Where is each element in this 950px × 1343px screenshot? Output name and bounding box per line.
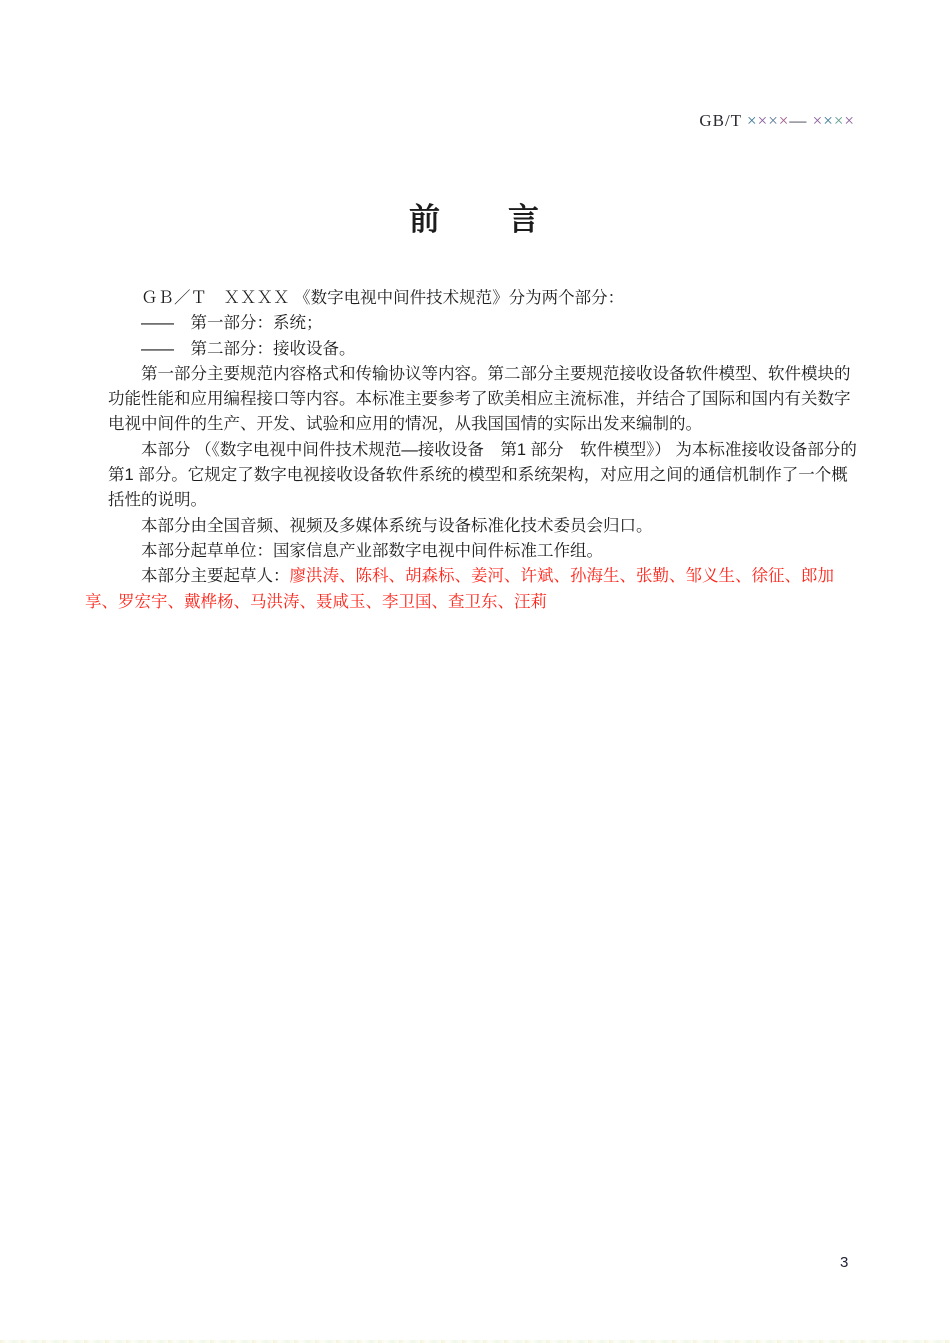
text-line: 电视中间件的生产、开发、试验和应用的情况，从我国国情的实际出发来编制的。 (108, 412, 855, 437)
text-line: 第1 部分。它规定了数字电视接收设备软件系统的模型和系统架构，对应用之间的通信机… (108, 463, 855, 488)
standard-code-part: GB/T (699, 111, 747, 130)
text-segment: 电视中间件的生产、开发、试验和应用的情况，从我国国情的实际出发来编制的。 (108, 415, 702, 433)
text-line: 本部分 （《数字电视中间件技术规范—接收设备 第1 部分 软件模型》） 为本标准… (141, 438, 855, 463)
text-line: 括性的说明。 (108, 488, 855, 513)
text-segment: —— 第二部分：接收设备。 (141, 340, 356, 358)
text-line: —— 第二部分：接收设备。 (141, 337, 855, 362)
standard-code-part: × (768, 111, 779, 130)
text-segment: 本部分由全国音频、视频及多媒体系统与设备标准化技术委员会归口。 (141, 517, 653, 535)
page-title: 前 言 (0, 194, 950, 239)
drafter-names-text: 廖洪涛、陈科、胡森标、姜河、许斌、孙海生、张勤、邹义生、徐征、郎加 (290, 567, 835, 585)
standard-code-part: × (813, 111, 824, 130)
standard-code-part: × (747, 111, 758, 130)
standard-code-part: × (779, 111, 790, 130)
standard-code-part: × (844, 111, 855, 130)
standard-code-header: GB/T ××××— ×××× (699, 111, 855, 131)
text-segment: 功能性能和应用编程接口等内容。本标准主要参考了欧美相应主流标准，并结合了国际和国… (108, 390, 851, 408)
text-line: ＧＢ／Ｔ ＸＸＸＸ 《数字电视中间件技术规范》分为两个部分： (141, 286, 855, 311)
text-line: 本部分由全国音频、视频及多媒体系统与设备标准化技术委员会归口。 (141, 514, 855, 539)
text-segment: 括性的说明。 (108, 491, 207, 509)
text-segment: 本部分起草单位：国家信息产业部数字电视中间件标准工作组。 (141, 542, 603, 560)
text-segment: —— 第一部分：系统； (141, 314, 323, 332)
text-line: 本部分起草单位：国家信息产业部数字电视中间件标准工作组。 (141, 539, 855, 564)
text-line: 本部分主要起草人：廖洪涛、陈科、胡森标、姜河、许斌、孙海生、张勤、邹义生、徐征、… (141, 564, 855, 589)
text-segment: 第1 部分。它规定了数字电视接收设备软件系统的模型和系统架构，对应用之间的通信机… (108, 466, 848, 484)
text-segment: 本部分 （《数字电视中间件技术规范—接收设备 第1 部分 软件模型》） 为本标准… (141, 441, 857, 459)
standard-code-part: × (823, 111, 834, 130)
text-line: 功能性能和应用编程接口等内容。本标准主要参考了欧美相应主流标准，并结合了国际和国… (108, 387, 855, 412)
standard-code-part: × (758, 111, 769, 130)
text-segment: 本部分主要起草人： (141, 567, 290, 585)
document-body: ＧＢ／Ｔ ＸＸＸＸ 《数字电视中间件技术规范》分为两个部分：—— 第一部分：系统… (108, 286, 855, 615)
standard-code-part: × (834, 111, 845, 130)
text-line: 享、罗宏宇、戴桦杨、马洪涛、聂咸玉、李卫国、查卫东、汪莉 (85, 590, 855, 615)
text-segment: ＧＢ／Ｔ ＸＸＸＸ 《数字电视中间件技术规范》分为两个部分： (141, 289, 624, 307)
text-segment: 第一部分主要规范内容格式和传输协议等内容。第二部分主要规范接收设备软件模型、软件… (141, 365, 851, 383)
page-number: 3 (840, 1254, 848, 1271)
standard-code-part: — (789, 111, 812, 130)
drafter-names-text: 享、罗宏宇、戴桦杨、马洪涛、聂咸玉、李卫国、查卫东、汪莉 (85, 593, 547, 611)
text-line: —— 第一部分：系统； (141, 311, 855, 336)
document-page: GB/T ××××— ×××× 前 言 ＧＢ／Ｔ ＸＸＸＸ 《数字电视中间件技术… (0, 0, 950, 1343)
text-line: 第一部分主要规范内容格式和传输协议等内容。第二部分主要规范接收设备软件模型、软件… (141, 362, 855, 387)
